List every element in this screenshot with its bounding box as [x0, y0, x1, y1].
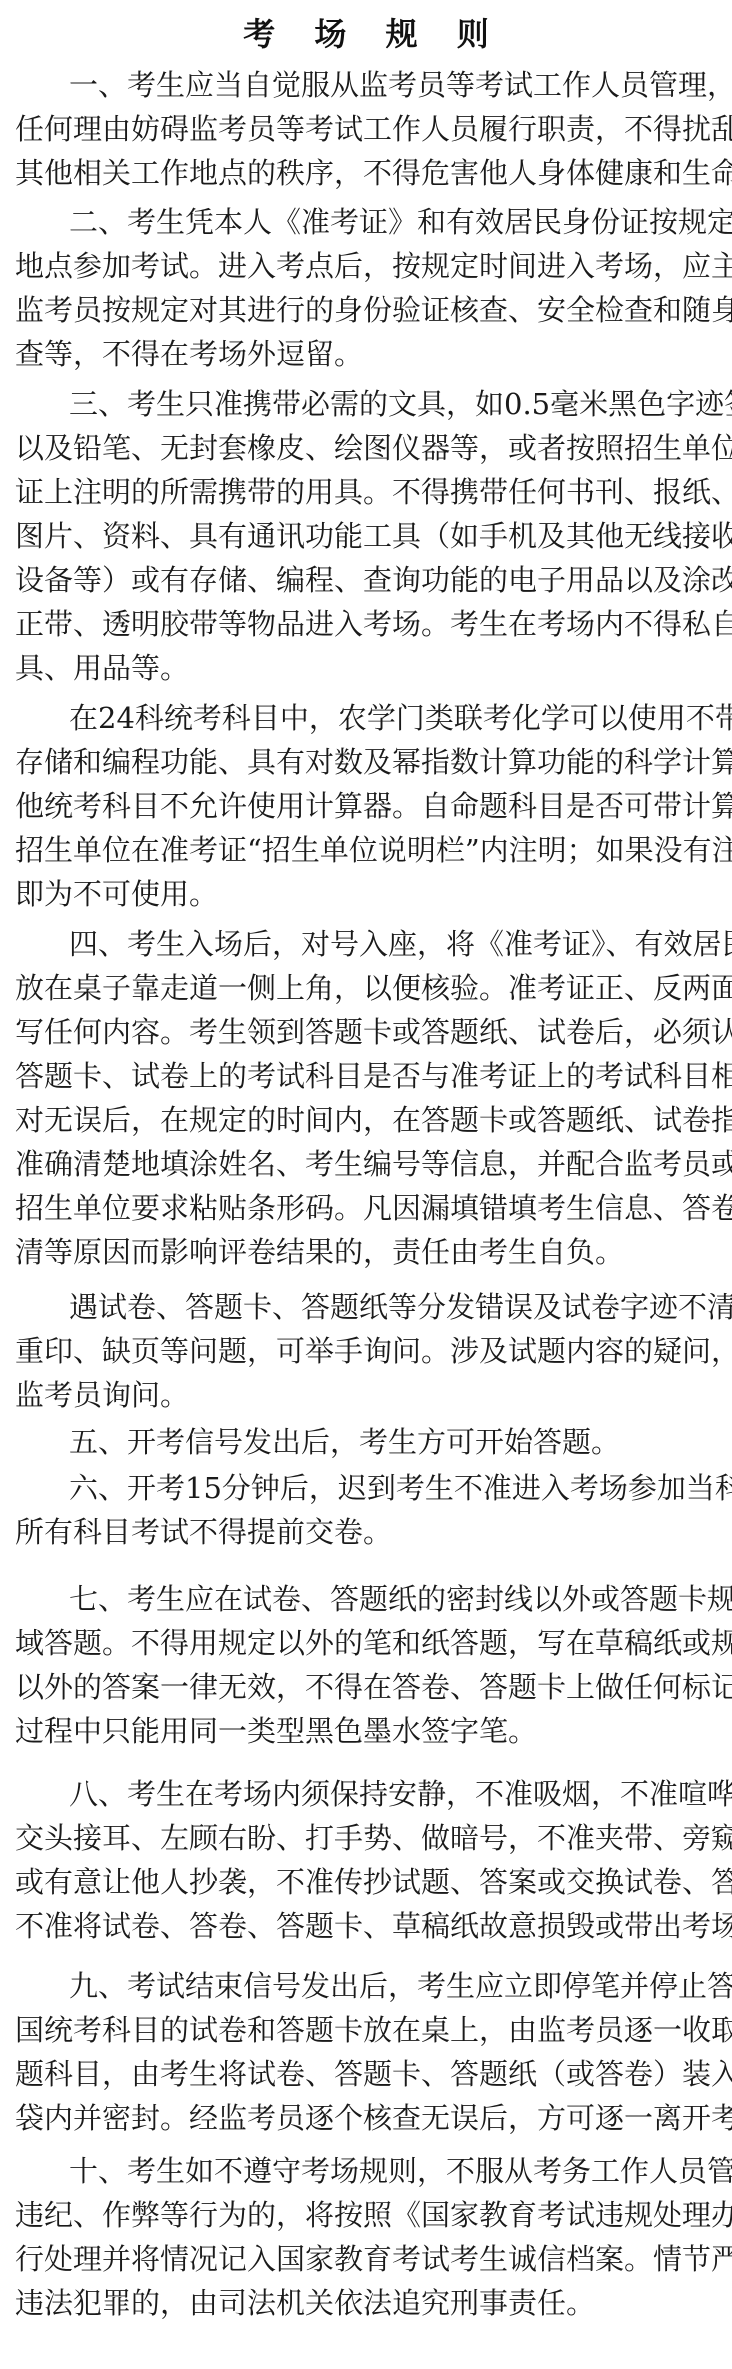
- rule-line: 重印、缺页等问题，可举手询问。涉及试题内容的疑问，不得向: [15, 1329, 720, 1373]
- rule-line: 违纪、作弊等行为的，将按照《国家教育考试违规处理办法》进: [15, 2193, 720, 2237]
- rule-line: 域答题。不得用规定以外的笔和纸答题，写在草稿纸或规定区域: [15, 1621, 720, 1665]
- rule-line: 四、考生入场后，对号入座，将《准考证》、有效居民身份证: [15, 922, 720, 966]
- rule-line: 六、开考15分钟后，迟到考生不准进入考场参加当科考试。: [15, 1466, 720, 1510]
- rule-line: 具、用品等。: [15, 646, 720, 690]
- rule-line: 二、考生凭本人《准考证》和有效居民身份证按规定时间和: [15, 200, 720, 244]
- rule-line: 或有意让他人抄袭，不准传抄试题、答案或交换试卷、答题卡，: [15, 1860, 720, 1904]
- rule-line: 以外的答案一律无效，不得在答卷、答题卡上做任何标记。答题: [15, 1665, 720, 1709]
- rule-line: 设备等）或有存储、编程、查询功能的电子用品以及涂改液、修: [15, 558, 720, 602]
- rule-line: 答题卡、试卷上的考试科目是否与准考证上的考试科目相同，核: [15, 1054, 720, 1098]
- rule-line: 监考员按规定对其进行的身份验证核查、安全检查和随身物品检: [15, 288, 720, 332]
- rule-paragraph-rule-7: 七、考生应在试卷、答题纸的密封线以外或答题卡规定的区域答题。不得用规定以外的笔和…: [15, 1577, 720, 1753]
- rule-paragraph-rule-6: 六、开考15分钟后，迟到考生不准进入考场参加当科考试。所有科目考试不得提前交卷。: [15, 1466, 720, 1554]
- rule-line: 国统考科目的试卷和答题卡放在桌上，由监考员逐一收取。自命: [15, 2008, 720, 2052]
- rule-line: 五、开考信号发出后，考生方可开始答题。: [15, 1420, 720, 1464]
- page-title: 考 场 规 则: [0, 14, 732, 54]
- rule-line: 准确清楚地填涂姓名、考生编号等信息，并配合监考员或按有关: [15, 1142, 720, 1186]
- rule-line: 交头接耳、左顾右盼、打手势、做暗号，不准夹带、旁窥、抄袭: [15, 1816, 720, 1860]
- rule-line: 地点参加考试。进入考点后，按规定时间进入考场，应主动接受: [15, 244, 720, 288]
- rule-line: 图片、资料、具有通讯功能工具（如手机及其他无线接收、传送: [15, 514, 720, 558]
- rule-paragraph-rule-9: 九、考试结束信号发出后，考生应立即停笔并停止答题。全国统考科目的试卷和答题卡放在…: [15, 1964, 720, 2140]
- rule-line: 八、考生在考场内须保持安静，不准吸烟，不准喧哗，不准: [15, 1772, 720, 1816]
- rule-line: 招生单位在准考证“招生单位说明栏”内注明；如果没有注明，: [15, 828, 720, 872]
- rule-paragraph-rule-8: 八、考生在考场内须保持安静，不准吸烟，不准喧哗，不准交头接耳、左顾右盼、打手势、…: [15, 1772, 720, 1948]
- rule-paragraph-rule-3: 三、考生只准携带必需的文具，如0.5毫米黑色字迹签字笔，以及铅笔、无封套橡皮、绘…: [15, 382, 720, 690]
- rule-line: 七、考生应在试卷、答题纸的密封线以外或答题卡规定的区: [15, 1577, 720, 1621]
- rule-line: 任何理由妨碍监考员等考试工作人员履行职责，不得扰乱考场及: [15, 107, 720, 151]
- rule-line: 不准将试卷、答卷、答题卡、草稿纸故意损毁或带出考场。: [15, 1904, 720, 1948]
- rule-line: 一、考生应当自觉服从监考员等考试工作人员管理，不得以: [15, 63, 720, 107]
- rule-line: 对无误后，在规定的时间内，在答题卡或答题纸、试卷指定位置: [15, 1098, 720, 1142]
- rule-line: 行处理并将情况记入国家教育考试考生诚信档案。情节严重涉嫌: [15, 2237, 720, 2281]
- rule-paragraph-rule-2: 二、考生凭本人《准考证》和有效居民身份证按规定时间和地点参加考试。进入考点后，按…: [15, 200, 720, 376]
- rule-paragraph-rule-5: 五、开考信号发出后，考生方可开始答题。: [15, 1420, 720, 1464]
- rule-line: 以及铅笔、无封套橡皮、绘图仪器等，或者按照招生单位在准考: [15, 426, 720, 470]
- rule-line: 过程中只能用同一类型黑色墨水签字笔。: [15, 1709, 720, 1753]
- rule-line: 其他相关工作地点的秩序，不得危害他人身体健康和生命安全。: [15, 151, 720, 195]
- rule-paragraph-rule-4: 四、考生入场后，对号入座，将《准考证》、有效居民身份证放在桌子靠走道一侧上角，以…: [15, 922, 720, 1274]
- rule-line: 存储和编程功能、具有对数及幂指数计算功能的科学计算器，其: [15, 740, 720, 784]
- rule-line: 题科目，由考生将试卷、答题卡、答题纸（或答卷）装入原试卷: [15, 2052, 720, 2096]
- rule-line: 招生单位要求粘贴条形码。凡因漏填错填考生信息、答卷字迹不: [15, 1186, 720, 1230]
- rule-paragraph-rule-3-calculator: 在24科统考科目中，农学门类联考化学可以使用不带字典存储和编程功能、具有对数及幂…: [15, 696, 720, 916]
- rule-line: 即为不可使用。: [15, 872, 720, 916]
- rule-line: 遇试卷、答题卡、答题纸等分发错误及试卷字迹不清、漏印、: [15, 1285, 720, 1329]
- rule-line: 九、考试结束信号发出后，考生应立即停笔并停止答题。全: [15, 1964, 720, 2008]
- rule-line: 所有科目考试不得提前交卷。: [15, 1510, 720, 1554]
- rule-line: 证上注明的所需携带的用具。不得携带任何书刊、报纸、稿纸、: [15, 470, 720, 514]
- rule-line: 他统考科目不允许使用计算器。自命题科目是否可带计算器由各: [15, 784, 720, 828]
- rule-line: 违法犯罪的，由司法机关依法追究刑事责任。: [15, 2281, 720, 2325]
- rule-line: 正带、透明胶带等物品进入考场。考生在考场内不得私自传递文: [15, 602, 720, 646]
- rule-line: 放在桌子靠走道一侧上角，以便核验。准考证正、反两面不得书: [15, 966, 720, 1010]
- rule-line: 袋内并密封。经监考员逐个核查无误后，方可逐一离开考场。: [15, 2096, 720, 2140]
- rule-line: 三、考生只准携带必需的文具，如0.5毫米黑色字迹签字笔，: [15, 382, 720, 426]
- exam-rules-document: 考 场 规 则 一、考生应当自觉服从监考员等考试工作人员管理，不得以任何理由妨碍…: [0, 0, 732, 2369]
- rule-paragraph-rule-10: 十、考生如不遵守考场规则，不服从考务工作人员管理，有违纪、作弊等行为的，将按照《…: [15, 2149, 720, 2325]
- rule-paragraph-rule-1: 一、考生应当自觉服从监考员等考试工作人员管理，不得以任何理由妨碍监考员等考试工作…: [15, 63, 720, 195]
- rule-line: 写任何内容。考生领到答题卡或答题纸、试卷后，必须认真核对: [15, 1010, 720, 1054]
- rule-line: 在24科统考科目中，农学门类联考化学可以使用不带字典: [15, 696, 720, 740]
- rule-line: 十、考生如不遵守考场规则，不服从考务工作人员管理，有: [15, 2149, 720, 2193]
- rule-line: 清等原因而影响评卷结果的，责任由考生自负。: [15, 1230, 720, 1274]
- rule-paragraph-rule-4-distribution: 遇试卷、答题卡、答题纸等分发错误及试卷字迹不清、漏印、重印、缺页等问题，可举手询…: [15, 1285, 720, 1417]
- rule-line: 监考员询问。: [15, 1373, 720, 1417]
- rule-line: 查等，不得在考场外逗留。: [15, 332, 720, 376]
